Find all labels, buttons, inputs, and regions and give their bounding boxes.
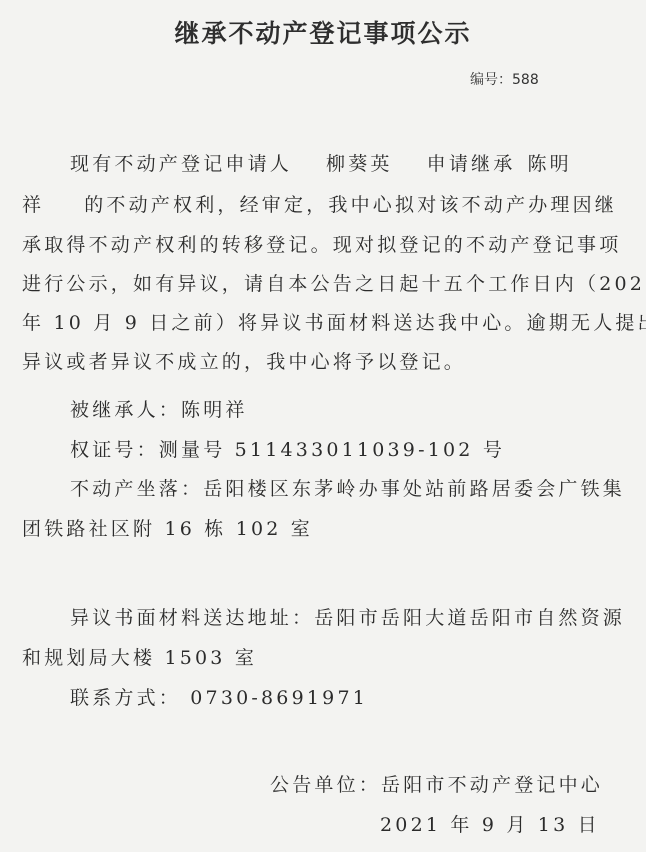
serial-number: 编号：588 (470, 69, 539, 89)
decedent-field: 被继承人：陈明祥 (70, 398, 248, 422)
body-text: 申请继承 (427, 153, 516, 175)
objection-address-line-2: 和规划局大楼 1503 室 (22, 646, 257, 670)
scanned-notice-page: 继承不动产登记事项公示 编号：588 现有不动产登记申请人柳葵英申请继承陈明 祥… (0, 0, 646, 852)
certificate-field: 权证号：测量号 511433011039-102 号 (70, 438, 505, 462)
decedent-name-part: 祥 (22, 194, 44, 216)
body-line-3: 承取得不动产权利的转移登记。现对拟登记的不动产登记事项 (22, 233, 621, 257)
body-text: 现有不动产登记申请人 (70, 153, 292, 175)
body-text: 的不动产权利，经审定，我中心拟对该不动产办理因继 (84, 194, 617, 216)
objection-address-line-1: 异议书面材料送达地址：岳阳市岳阳大道岳阳市自然资源 (70, 606, 625, 630)
contact-field: 联系方式： 0730-8691971 (70, 686, 368, 710)
issue-date: 2021 年 9 月 13 日 (380, 813, 600, 837)
body-line-2: 祥的不动产权利，经审定，我中心拟对该不动产办理因继 (22, 193, 617, 217)
body-line-1: 现有不动产登记申请人柳葵英申请继承陈明 (70, 152, 572, 176)
location-field-line-1: 不动产坐落：岳阳楼区东茅岭办事处站前路居委会广铁集 (70, 477, 625, 501)
notice-title: 继承不动产登记事项公示 (0, 14, 646, 50)
body-line-6: 异议或者异议不成立的，我中心将予以登记。 (22, 350, 466, 374)
decedent-name-part: 陈明 (527, 153, 571, 175)
body-line-5: 年 10 月 9 日之前）将异议书面材料送达我中心。逾期无人提出 (22, 311, 646, 335)
issuer: 公告单位：岳阳市不动产登记中心 (270, 773, 603, 797)
body-line-4: 进行公示，如有异议，请自本公告之日起十五个工作日内（2021 (22, 272, 646, 296)
location-field-line-2: 团铁路社区附 16 栋 102 室 (22, 517, 313, 541)
applicant-name: 柳葵英 (326, 153, 393, 175)
